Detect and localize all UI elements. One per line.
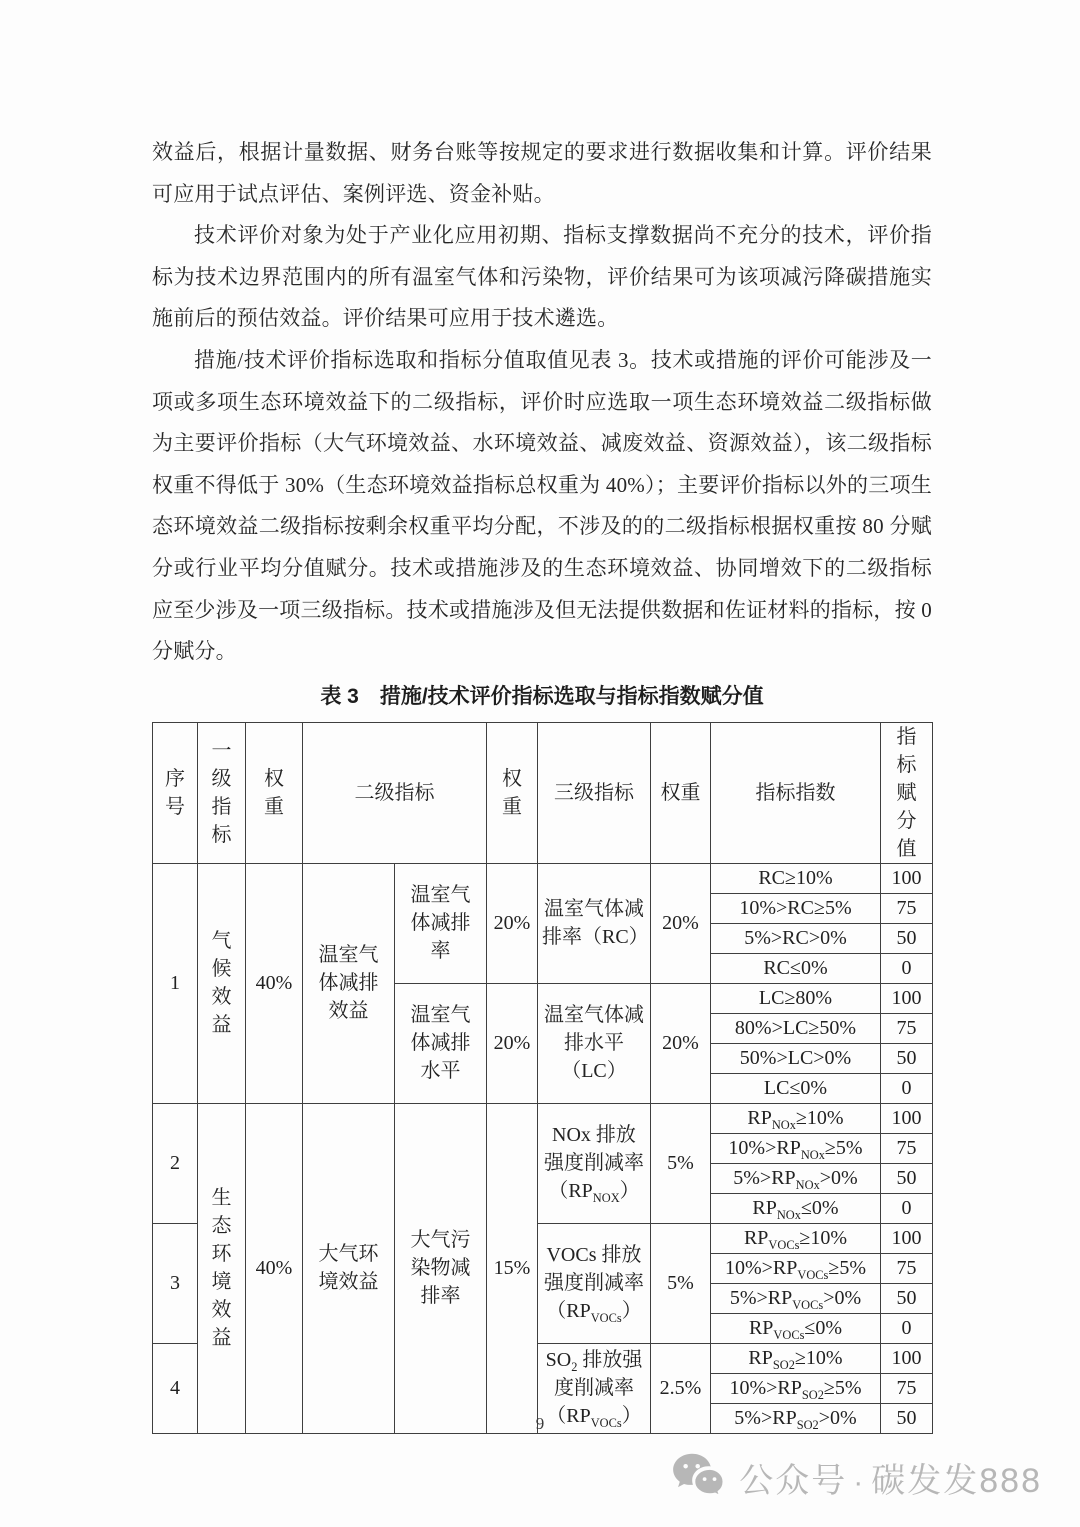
table-row: 2 生态环境效益 40% 大气环 境效益 大气污 染物减 排率 15% NOx … — [153, 1103, 933, 1133]
score-cell: 100 — [881, 1343, 933, 1373]
table-header-row: 序号 一级指标 权重 二级指标 权重 三级指标 权重 指标指数 指标赋分值 — [153, 722, 933, 863]
level2-cell: 大气环 境效益 — [303, 1103, 395, 1433]
col-header-level2: 二级指标 — [303, 722, 487, 863]
index-cell: RPSO2≥10% — [711, 1343, 881, 1373]
weight-cell: 5% — [651, 1103, 711, 1223]
level2b-cell: 温室气 体减排 率 — [395, 863, 487, 983]
body-paragraph: 措施/技术评价指标选取和指标分值取值见表 3。技术或措施的评价可能涉及一项或多项… — [152, 340, 932, 673]
score-cell: 50 — [881, 1283, 933, 1313]
score-cell: 100 — [881, 1223, 933, 1253]
score-cell: 75 — [881, 1133, 933, 1163]
index-cell: RC≥10% — [711, 863, 881, 893]
score-cell: 100 — [881, 863, 933, 893]
watermark-name: 碳发发888 — [871, 1462, 1042, 1500]
page-content: 效益后，根据计量数据、财务台账等按规定的要求进行数据收集和计算。评价结果可应用于… — [152, 132, 932, 1434]
col-header-weight3: 权重 — [651, 722, 711, 863]
weight-cell: 20% — [487, 983, 538, 1103]
score-cell: 50 — [881, 1043, 933, 1073]
index-cell: 5%>RPNOx>0% — [711, 1163, 881, 1193]
serial-cell: 1 — [153, 863, 198, 1103]
level1-cell: 气候效益 — [198, 863, 246, 1103]
weight-cell: 40% — [246, 1103, 303, 1433]
level3-cell: NOx 排放 强度削减率 （RPNOX） — [538, 1103, 651, 1223]
score-cell: 0 — [881, 1193, 933, 1223]
score-cell: 0 — [881, 1313, 933, 1343]
index-cell: 10%>RPVOCs≥5% — [711, 1253, 881, 1283]
col-header-level3: 三级指标 — [538, 722, 651, 863]
weight-cell: 20% — [487, 863, 538, 983]
index-cell: 5%>RPVOCs>0% — [711, 1283, 881, 1313]
weight-cell: 15% — [487, 1103, 538, 1433]
score-cell: 0 — [881, 953, 933, 983]
index-cell: RPNOx≥10% — [711, 1103, 881, 1133]
score-cell: 75 — [881, 1013, 933, 1043]
watermark: 公众号·碳发发888 — [671, 1452, 1042, 1502]
col-header-score: 指标赋分值 — [881, 722, 933, 863]
score-cell: 50 — [881, 1163, 933, 1193]
table-row: 1 气候效益 40% 温室气 体减排 效益 温室气 体减排 率 20% 温室气体… — [153, 863, 933, 893]
col-header-weight1: 权重 — [246, 722, 303, 863]
score-cell: 75 — [881, 893, 933, 923]
score-cell: 50 — [881, 923, 933, 953]
index-cell: 10%>RPNOx≥5% — [711, 1133, 881, 1163]
index-cell: 10%>RC≥5% — [711, 893, 881, 923]
indicator-score-table: 序号 一级指标 权重 二级指标 权重 三级指标 权重 指标指数 指标赋分值 1 … — [152, 722, 933, 1434]
index-cell: 50%>LC>0% — [711, 1043, 881, 1073]
index-cell: RC≤0% — [711, 953, 881, 983]
level3-cell: VOCs 排放 强度削减率 （RPVOCs） — [538, 1223, 651, 1343]
level2-cell: 温室气 体减排 效益 — [303, 863, 395, 1103]
index-cell: LC≤0% — [711, 1073, 881, 1103]
document-page: { "paragraphs": [ { "text": "效益后，根据计量数据、… — [0, 0, 1080, 1527]
score-cell: 100 — [881, 983, 933, 1013]
score-cell: 100 — [881, 1103, 933, 1133]
table-caption: 表 3 措施/技术评价指标选取与指标指数赋分值 — [152, 683, 932, 711]
level2b-cell: 温室气 体减排 水平 — [395, 983, 487, 1103]
wechat-icon — [671, 1452, 727, 1502]
weight-cell: 20% — [651, 983, 711, 1103]
watermark-label: 公众号 — [739, 1462, 847, 1500]
col-header-serial: 序号 — [153, 722, 198, 863]
weight-cell: 20% — [651, 863, 711, 983]
weight-cell: 5% — [651, 1223, 711, 1343]
level3-cell: 温室气体减 排率（RC） — [538, 863, 651, 983]
index-cell: RPVOCs≥10% — [711, 1223, 881, 1253]
level2b-cell: 大气污 染物减 排率 — [395, 1103, 487, 1433]
index-cell: RPNOx≤0% — [711, 1193, 881, 1223]
index-cell: 80%>LC≥50% — [711, 1013, 881, 1043]
index-cell: RPVOCs≤0% — [711, 1313, 881, 1343]
level3-cell: 温室气体减 排水平 （LC） — [538, 983, 651, 1103]
level1-cell: 生态环境效益 — [198, 1103, 246, 1433]
serial-cell: 3 — [153, 1223, 198, 1343]
col-header-level1: 一级指标 — [198, 722, 246, 863]
index-cell: 5%>RC>0% — [711, 923, 881, 953]
body-paragraph: 技术评价对象为处于产业化应用初期、指标支撑数据尚不充分的技术，评价指标为技术边界… — [152, 215, 932, 340]
score-cell: 75 — [881, 1373, 933, 1403]
col-header-index: 指标指数 — [711, 722, 881, 863]
col-header-weight2: 权重 — [487, 722, 538, 863]
index-cell: 10%>RPSO2≥5% — [711, 1373, 881, 1403]
serial-cell: 2 — [153, 1103, 198, 1223]
page-number: 9 — [0, 1414, 1080, 1434]
score-cell: 0 — [881, 1073, 933, 1103]
watermark-dot: · — [853, 1466, 865, 1499]
watermark-text: 公众号·碳发发888 — [739, 1453, 1042, 1502]
index-cell: LC≥80% — [711, 983, 881, 1013]
score-cell: 75 — [881, 1253, 933, 1283]
body-paragraph: 效益后，根据计量数据、财务台账等按规定的要求进行数据收集和计算。评价结果可应用于… — [152, 132, 932, 215]
weight-cell: 40% — [246, 863, 303, 1103]
